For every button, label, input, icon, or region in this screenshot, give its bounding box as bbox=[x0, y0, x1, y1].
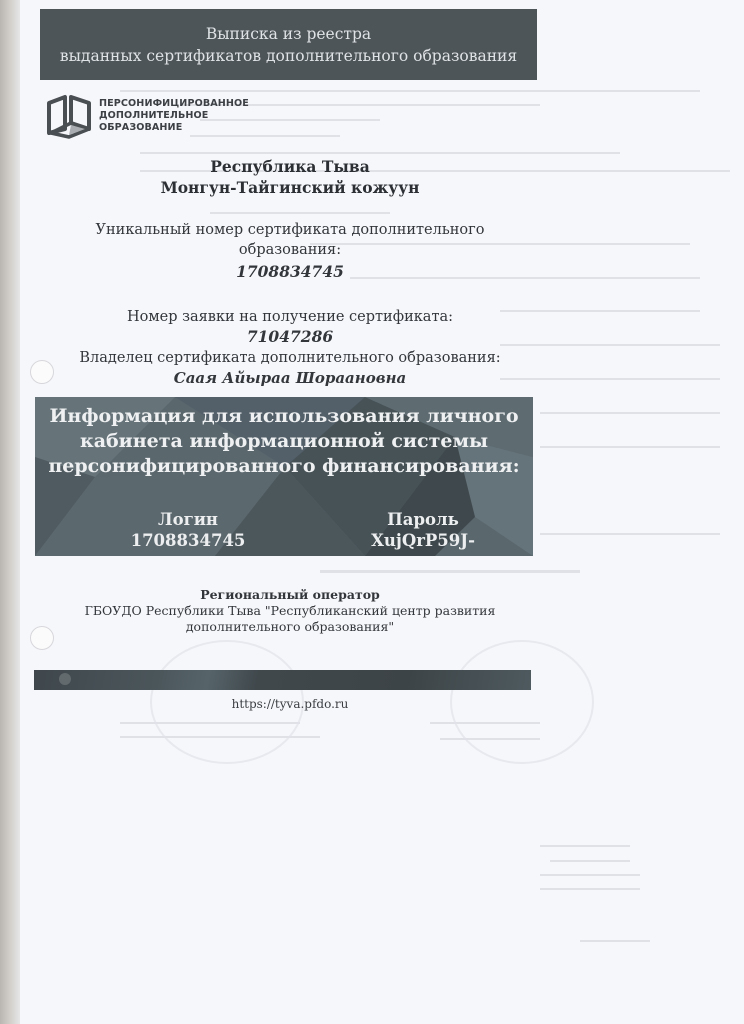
footer-banner bbox=[34, 670, 531, 690]
bleed-through-line bbox=[540, 845, 630, 847]
application-number-block: Номер заявки на получение сертификата: 7… bbox=[40, 307, 540, 347]
certificate-number-label: Уникальный номер сертификата дополнитель… bbox=[40, 220, 540, 240]
owner-name: Саая Айыраа Шораановна bbox=[40, 368, 540, 388]
district-name: Монгун-Тайгинский кожуун bbox=[40, 177, 540, 198]
account-info-title-line2: кабинета информационной системы bbox=[35, 429, 533, 454]
certificate-number-block: Уникальный номер сертификата дополнитель… bbox=[40, 220, 540, 282]
application-number-value: 71047286 bbox=[40, 327, 540, 347]
password-label: Пароль bbox=[343, 509, 503, 530]
region-block: Республика Тыва Монгун-Тайгинский кожуун bbox=[40, 156, 540, 198]
owner-label: Владелец сертификата дополнительного обр… bbox=[40, 348, 540, 368]
logo-line1: ПЕРСОНИФИЦИРОВАННОЕ bbox=[99, 98, 249, 110]
logo-line3: ОБРАЗОВАНИЕ bbox=[99, 122, 249, 134]
footer-decoration bbox=[59, 673, 71, 685]
bleed-through-line bbox=[550, 860, 630, 862]
application-number-label: Номер заявки на получение сертификата: bbox=[40, 307, 540, 327]
website-link[interactable]: https://tyva.pfdo.ru bbox=[40, 697, 540, 711]
regional-operator-title: Региональный оператор bbox=[40, 587, 540, 603]
document-header-banner: Выписка из реестра выданных сертификатов… bbox=[40, 9, 537, 80]
bleed-through-line bbox=[540, 533, 720, 535]
header-title-line1: Выписка из реестра bbox=[40, 23, 537, 45]
bleed-through-line bbox=[540, 412, 720, 414]
login-label: Логин bbox=[108, 509, 268, 530]
certificate-number-value: 1708834745 bbox=[40, 262, 540, 282]
scanner-edge bbox=[0, 0, 20, 1024]
bleed-through-line bbox=[580, 940, 650, 942]
bleed-through-line bbox=[320, 570, 580, 573]
header-title-line2: выданных сертификатов дополнительного об… bbox=[40, 45, 537, 67]
bleed-through-line bbox=[140, 152, 620, 154]
bleed-through-line bbox=[540, 888, 640, 890]
account-info-title-line1: Информация для использования личного bbox=[35, 404, 533, 429]
account-info-title: Информация для использования личного каб… bbox=[35, 404, 533, 479]
bleed-through-line bbox=[540, 874, 640, 876]
republic-name: Республика Тыва bbox=[40, 156, 540, 177]
logo-wordmark: ПЕРСОНИФИЦИРОВАННОЕ ДОПОЛНИТЕЛЬНОЕ ОБРАЗ… bbox=[99, 98, 249, 134]
certificate-number-label-cont: образования: bbox=[40, 240, 540, 260]
password-block: Пароль XujQrP59J- bbox=[343, 509, 503, 551]
regional-operator-line1: ГБОУДО Республики Тыва "Республиканский … bbox=[40, 603, 540, 619]
account-info-title-line3: персонифицированного финансирования: bbox=[35, 454, 533, 479]
login-block: Логин 1708834745 bbox=[108, 509, 268, 551]
regional-operator-line2: дополнительного образования" bbox=[40, 619, 540, 635]
account-info-panel: Информация для использования личного каб… bbox=[35, 397, 533, 556]
pfdo-cube-logo-icon bbox=[45, 93, 93, 139]
pfdo-logo: ПЕРСОНИФИЦИРОВАННОЕ ДОПОЛНИТЕЛЬНОЕ ОБРАЗ… bbox=[45, 93, 249, 139]
logo-line2: ДОПОЛНИТЕЛЬНОЕ bbox=[99, 110, 249, 122]
bleed-through-line bbox=[120, 90, 700, 92]
regional-operator-block: Региональный оператор ГБОУДО Республики … bbox=[40, 587, 540, 635]
password-value: XujQrP59J- bbox=[343, 530, 503, 551]
owner-block: Владелец сертификата дополнительного обр… bbox=[40, 348, 540, 388]
bleed-through-line bbox=[210, 212, 390, 214]
bleed-through-line bbox=[540, 446, 720, 448]
login-value: 1708834745 bbox=[108, 530, 268, 551]
